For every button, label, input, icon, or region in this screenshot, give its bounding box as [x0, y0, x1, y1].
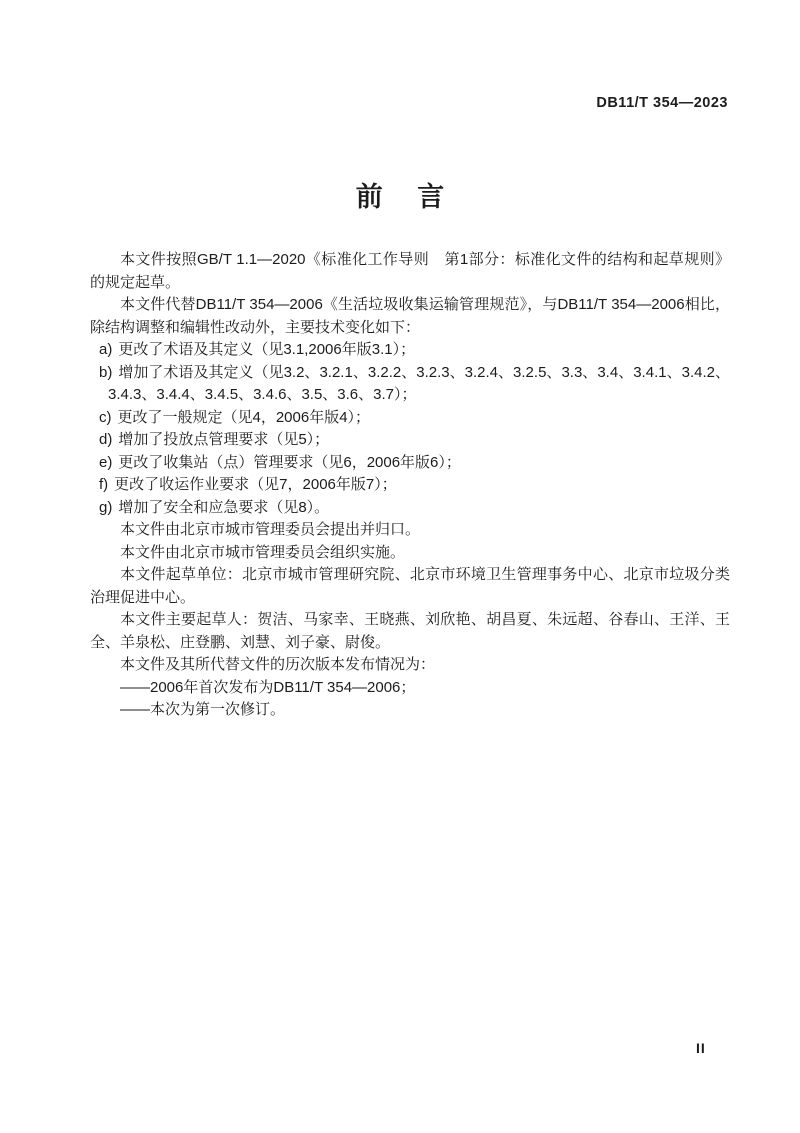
standard-number-header: DB11/T 354—2023	[0, 95, 728, 111]
paragraph-drafting-basis: 本文件按照GB/T 1.1—2020《标准化工作导则 第1部分：标准化文件的结构…	[90, 249, 730, 294]
paragraph-replacement-note: 本文件代替DB11/T 354—2006《生活垃圾收集运输管理规范》，与DB11…	[90, 294, 730, 339]
paragraph-implemented-by: 本文件由北京市城市管理委员会组织实施。	[90, 542, 730, 565]
change-item-f: f)更改了收运作业要求（见7，2006年版7）；	[90, 474, 730, 497]
paragraph-drafting-organizations: 本文件起草单位：北京市城市管理研究院、北京市环境卫生管理事务中心、北京市垃圾分类…	[90, 564, 730, 609]
paragraph-proposed-by: 本文件由北京市城市管理委员会提出并归口。	[90, 519, 730, 542]
foreword-content: 本文件按照GB/T 1.1—2020《标准化工作导则 第1部分：标准化文件的结构…	[90, 249, 730, 722]
change-item-marker: f)	[99, 476, 108, 493]
change-item-b: b)增加了术语及其定义（见3.2、3.2.1、3.2.2、3.2.3、3.2.4…	[90, 362, 730, 407]
page-title: 前 言	[0, 175, 800, 214]
change-item-text: 更改了收运作业要求（见7，2006年版7）；	[114, 476, 397, 493]
change-item-c: c)更改了一般规定（见4，2006年版4）；	[90, 407, 730, 430]
page-number: II	[696, 1040, 706, 1056]
paragraph-version-history-first-issue: ——2006年首次发布为DB11/T 354—2006；	[90, 677, 730, 700]
paragraph-version-history-intro: 本文件及其所代替文件的历次版本发布情况为：	[90, 654, 730, 677]
change-item-marker: e)	[99, 454, 112, 471]
change-item-marker: c)	[99, 409, 112, 426]
change-item-text: 更改了术语及其定义（见3.1,2006年版3.1）；	[118, 341, 415, 358]
change-item-text: 更改了收集站（点）管理要求（见6，2006年版6）；	[118, 454, 461, 471]
change-item-e: e)更改了收集站（点）管理要求（见6，2006年版6）；	[90, 452, 730, 475]
change-item-marker: a)	[99, 341, 112, 358]
technical-changes-list: a)更改了术语及其定义（见3.1,2006年版3.1）； b)增加了术语及其定义…	[90, 339, 730, 519]
change-item-marker: d)	[99, 431, 112, 448]
paragraph-version-history-revision: ——本次为第一次修订。	[90, 699, 730, 722]
change-item-text: 更改了一般规定（见4，2006年版4）；	[118, 409, 371, 426]
change-item-text: 增加了安全和应急要求（见8）。	[118, 499, 329, 516]
change-item-marker: b)	[99, 364, 112, 381]
change-item-marker: g)	[99, 499, 112, 516]
change-item-text: 增加了投放点管理要求（见5）；	[118, 431, 329, 448]
change-item-g: g)增加了安全和应急要求（见8）。	[90, 497, 730, 520]
paragraph-main-drafters: 本文件主要起草人：贺洁、马家幸、王晓燕、刘欣艳、胡昌夏、朱远超、谷春山、王洋、王…	[90, 609, 730, 654]
change-item-a: a)更改了术语及其定义（见3.1,2006年版3.1）；	[90, 339, 730, 362]
document-page: DB11/T 354—2023 前 言 本文件按照GB/T 1.1—2020《标…	[0, 0, 800, 1133]
change-item-d: d)增加了投放点管理要求（见5）；	[90, 429, 730, 452]
change-item-text: 增加了术语及其定义（见3.2、3.2.1、3.2.2、3.2.3、3.2.4、3…	[108, 364, 730, 404]
